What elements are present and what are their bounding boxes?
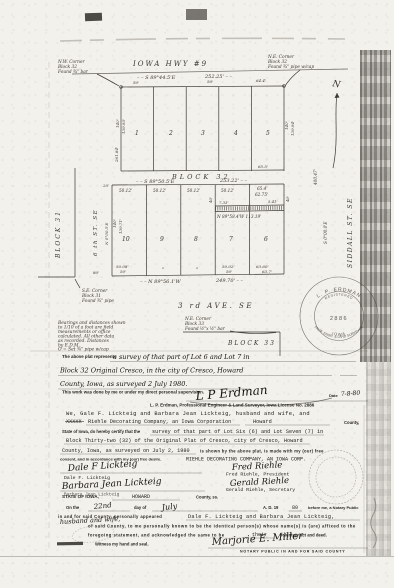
lot-number: 9 bbox=[160, 236, 164, 243]
bottom-tick: 63.7' bbox=[262, 269, 272, 274]
west-dim: 261.84' bbox=[114, 147, 119, 163]
lot-width: 50.12' bbox=[119, 188, 132, 193]
state-of-iowa-print: STATE OF IOWA, bbox=[62, 494, 99, 499]
west-bearing: N 0°00.5'E bbox=[104, 223, 109, 246]
known-print: of said County, to me personally known t… bbox=[88, 524, 356, 529]
marginal-handwriting-squiggle bbox=[371, 498, 377, 548]
lot-number: 4 bbox=[233, 130, 238, 137]
plat-linework bbox=[38, 69, 348, 356]
before-notary-print: before me, a Notary Public bbox=[308, 505, 359, 510]
bottom-tick: 50' bbox=[120, 269, 126, 274]
block-33-label: BLOCK 33 bbox=[227, 340, 276, 347]
ne-corner-note: Found ¾" pipe w/cap bbox=[267, 64, 314, 70]
notary-title-print: NOTARY PUBLIC IN AND FOR SAID COUNTY bbox=[240, 550, 345, 554]
plat-represents-entry: County, Iowa, as surveyed 2 July 1980. bbox=[60, 380, 187, 388]
ne33-corner-note: Found ½"x ½" bar bbox=[184, 326, 226, 332]
county-entry: Howard bbox=[253, 419, 272, 425]
county-typed: HOWARD bbox=[132, 494, 150, 500]
appeared-names-typed: Dale F. Lickteig and Barbara Jean Lickte… bbox=[188, 514, 335, 520]
witness-print: Witness my hand and seal. bbox=[95, 542, 149, 547]
notary-signature: Marjorie E. Miller bbox=[210, 531, 304, 549]
plat-document-svg: IOWA HWY #9 N.W. Corner Block 32 Found ¾… bbox=[0, 0, 394, 588]
ad-19-print: A. D. 19 bbox=[263, 505, 279, 510]
lot-number: 3 bbox=[201, 130, 205, 137]
certify-entry: County, Iowa, as surveyed on July 2, 198… bbox=[62, 448, 190, 454]
bottom-distance: 249.70' – – bbox=[215, 278, 244, 284]
certify-entry: Block Thirty-two (32) of the Original Pl… bbox=[66, 438, 303, 444]
north-arrow-head bbox=[335, 93, 340, 98]
north-label: N bbox=[330, 79, 342, 91]
corporation-entry: Riehle Decorating Company, an Iowa Corpo… bbox=[88, 419, 231, 425]
dim-label: 80' bbox=[93, 270, 99, 275]
plat-made-print: is shown by the above plat, is made with… bbox=[200, 449, 324, 454]
county-ss-print: County, ss. bbox=[196, 495, 218, 500]
bottom-tick: 50' bbox=[226, 269, 232, 274]
plat-represents-label: The above plat represents bbox=[62, 354, 117, 359]
plat-represents-entry: a survey of that part of Lot 6 and Lot 7… bbox=[113, 353, 250, 361]
foregoing-print: foregoing statement, and acknowledged th… bbox=[88, 533, 225, 538]
ditto-mark: " bbox=[162, 267, 164, 273]
owners-statement: We, Gale F. Lickteig and Barbara Jean Li… bbox=[66, 411, 310, 417]
se-corner-note: Found ¾" pipe bbox=[81, 298, 114, 304]
west-dim: 139.71' bbox=[118, 219, 123, 234]
block-31-label: BLOCK 31 bbox=[55, 210, 62, 259]
highway-label: IOWA HWY #9 bbox=[132, 60, 208, 68]
seal-number: 2886 bbox=[330, 316, 348, 322]
surveyor-signature: L P Erdman bbox=[194, 383, 268, 403]
lot-width: 50.12' bbox=[153, 188, 166, 193]
siddall-street-label: SIDDALL ST. SE bbox=[347, 197, 354, 268]
struck-out-text: XXXXX bbox=[66, 419, 82, 425]
scanned-survey-plat-page: IOWA HWY #9 N.W. Corner Block 32 Found ¾… bbox=[0, 0, 394, 588]
lot-number: 6 bbox=[264, 236, 268, 243]
bottom-bearing: – – N 89°56.1'W bbox=[140, 279, 182, 285]
date-label: Date bbox=[329, 393, 338, 398]
lot-number: 8 bbox=[194, 236, 198, 243]
north-arrow bbox=[333, 93, 337, 168]
third-avenue-label: 3 rd AVE. SE bbox=[178, 302, 254, 310]
day-entry: 22nd bbox=[92, 501, 112, 511]
lot-width: 62.75' bbox=[255, 192, 268, 197]
county-label: County, bbox=[344, 420, 359, 425]
supervision-statement: This work was done by me or under my dir… bbox=[62, 390, 204, 395]
east-dim: 140' bbox=[284, 121, 289, 130]
day-of-print: day of bbox=[134, 505, 147, 510]
east-dim: S 0°00.0'E bbox=[323, 222, 328, 245]
strip-dim: 5.41' bbox=[268, 199, 278, 204]
east-dim: 139.94' bbox=[290, 121, 295, 136]
tick-label: 64.4' bbox=[256, 78, 266, 83]
east-dim: 400.47' bbox=[313, 169, 318, 186]
mid-bearing: – – S 89°50.5'E bbox=[136, 179, 175, 185]
lot-width: 65.4' bbox=[257, 186, 267, 191]
lot-number: 2 bbox=[168, 130, 173, 137]
lot-number: 1 bbox=[135, 130, 139, 137]
certify-entry: survey of that part of Lot Six (6) and L… bbox=[152, 429, 323, 435]
west-dim: 140' bbox=[115, 119, 120, 128]
tick-label: 50' bbox=[207, 79, 213, 84]
plat-notes-line: O = Set ¾" pipe w/cap bbox=[58, 347, 109, 353]
west-dim: 140' bbox=[112, 219, 117, 228]
lot-width: 50.12' bbox=[221, 188, 234, 193]
year-entry: 80 bbox=[292, 505, 298, 511]
lot-number: 10 bbox=[122, 236, 130, 243]
top-bearing: – – S 89°44.5'E bbox=[137, 75, 176, 81]
strip-dim: 7.33' bbox=[219, 200, 229, 205]
lot-width: 50.12' bbox=[187, 188, 200, 193]
month-entry: July bbox=[159, 502, 178, 513]
ditto-mark: " bbox=[196, 267, 198, 273]
certify-print: State of Iowa, do hereby certify that th… bbox=[62, 429, 141, 434]
sixth-street-label: 6 th ST. SE bbox=[93, 209, 99, 256]
ink-smudge bbox=[57, 542, 83, 546]
strip-tick: 40' bbox=[208, 197, 213, 204]
dim-label: 65.5' bbox=[258, 164, 268, 169]
svg-text:IOWA: IOWA bbox=[331, 331, 346, 337]
lot-number: 5 bbox=[266, 130, 270, 137]
corp-officer2-typed: Gerald Riehle, Secretary bbox=[226, 487, 295, 493]
plat-represents-entry: Block 32 Original Cresco, in the city of… bbox=[59, 367, 243, 375]
surveyor-license-line: L. P. Erdman, Professional Engineer & La… bbox=[150, 403, 315, 408]
mid-distance: 253.22' – – bbox=[219, 178, 248, 184]
seal-state: IOWA bbox=[331, 331, 346, 337]
lot-number: 7 bbox=[229, 236, 233, 243]
tick-label: 50' bbox=[133, 80, 139, 85]
west-dim: 139.93' bbox=[121, 119, 126, 134]
on-the-print: On the bbox=[66, 505, 80, 510]
corp-officer1-signature: Fred Riehle bbox=[231, 460, 283, 473]
corporate-seal bbox=[309, 450, 363, 504]
tick-label: 20' bbox=[102, 183, 109, 188]
strip-tick: 40' bbox=[285, 196, 290, 203]
date-entry: 7-8-80 bbox=[341, 390, 361, 398]
strip-bearing: N 89°58.4'W 113.19' bbox=[216, 214, 261, 219]
surveyor-seal: L. P. ERDMAN PROF. ENGR. & LAND SURVEYOR… bbox=[300, 277, 378, 355]
nw-corner-note: Found ¾" bar bbox=[57, 69, 89, 75]
